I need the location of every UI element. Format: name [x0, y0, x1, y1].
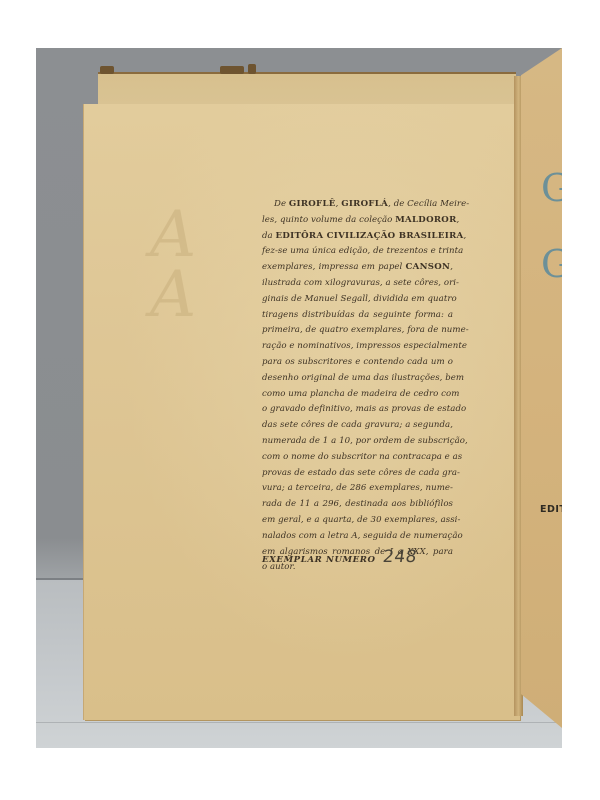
cover-publisher: EDITÔ	[540, 504, 562, 515]
exemplar-number: 248	[382, 547, 419, 567]
colophon-line: com o nome do subscritor na contracapa e…	[262, 450, 453, 466]
paper-tear	[248, 64, 256, 74]
colophon-line: nalados com a letra A, seguida de numera…	[262, 529, 453, 545]
colophon-text: De GIROFLÊ, GIROFLÁ, de Cecília Meire-le…	[262, 197, 453, 576]
show-through-print: AA	[150, 205, 210, 325]
table-seam	[36, 722, 562, 723]
exemplar-label: EXEMPLAR NUMERO	[262, 555, 376, 565]
colophon-line: tiragens distribuídas da seguinte forma:…	[262, 308, 453, 324]
colophon-line: ginais de Manuel Segall, dividida em qua…	[262, 292, 453, 308]
colophon-line: provas de estado das sete côres de cada …	[262, 466, 453, 482]
colophon-line: para os subscritores e contendo cada um …	[262, 355, 453, 371]
colophon-line: exemplares, impressa em papel CANSON,	[262, 260, 453, 276]
colophon-line: primeira, de quatro exemplares, fora de …	[262, 323, 453, 339]
front-cover	[521, 48, 562, 728]
cover-title-letter: G	[541, 244, 562, 284]
colophon-line: De GIROFLÊ, GIROFLÁ, de Cecília Meire-	[262, 197, 453, 213]
exemplar-line: EXEMPLAR NUMERO 248	[262, 547, 462, 567]
colophon-line: rada de 11 a 296, destinada aos bibliófi…	[262, 497, 453, 513]
colophon-line: o gravado definitivo, mais as provas de …	[262, 402, 453, 418]
colophon-line: numerada de 1 a 10, por ordem de subscri…	[262, 434, 453, 450]
paper-tear	[100, 66, 114, 74]
cover-title-letter: G	[541, 168, 562, 208]
colophon-line: da EDITÔRA CIVILIZAÇÃO BRASILEIRA,	[262, 229, 453, 245]
colophon-line: em geral, e a quarta, de 30 exemplares, …	[262, 513, 453, 529]
colophon-line: ilustrada com xilogravuras, a sete côres…	[262, 276, 453, 292]
colophon-line: vura; a terceira, de 286 exemplares, num…	[262, 481, 453, 497]
back-page-top-strip	[98, 74, 516, 105]
colophon-line: como uma plancha de madeira de cedro com	[262, 387, 453, 403]
colophon-line: desenho original de uma das ilustrações,…	[262, 371, 453, 387]
colophon-line: fez-se uma única edição, de trezentos e …	[262, 244, 453, 260]
colophon-line: les, quinto volume da coleção MALDOROR,	[262, 213, 453, 229]
colophon-line: das sete côres de cada gravura; a segund…	[262, 418, 453, 434]
colophon-line: ração e nominativos, impressos especialm…	[262, 339, 453, 355]
paper-tear	[220, 66, 244, 74]
